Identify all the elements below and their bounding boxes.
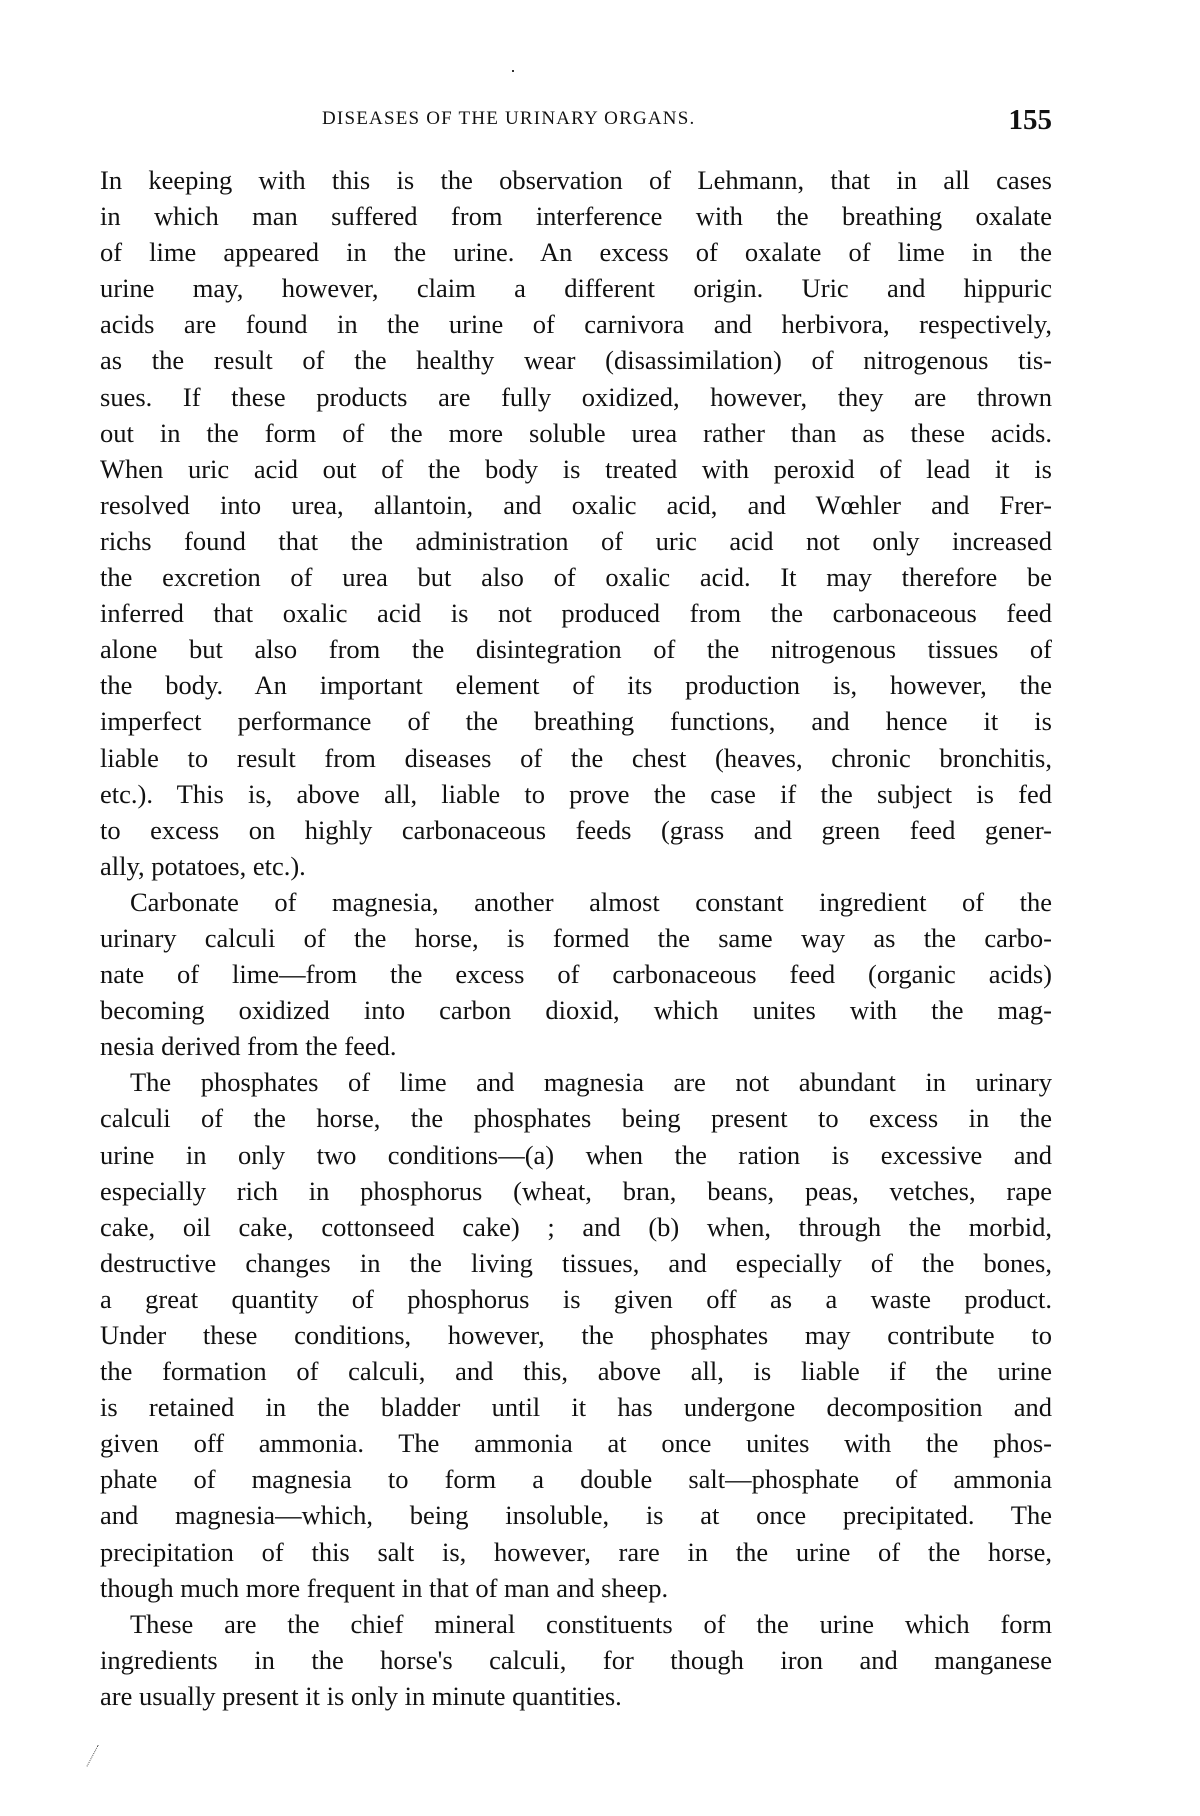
text-line: phate of magnesia to form a double salt—… bbox=[100, 1461, 1052, 1497]
text-line: the body. An important element of its pr… bbox=[100, 667, 1052, 703]
text-line: precipitation of this salt is, however, … bbox=[100, 1534, 1052, 1570]
text-line: alone but also from the disintegration o… bbox=[100, 631, 1052, 667]
text-line: though much more frequent in that of man… bbox=[100, 1570, 1052, 1606]
text-line: ingredients in the horse's calculi, for … bbox=[100, 1642, 1052, 1678]
text-line: as the result of the healthy wear (disas… bbox=[100, 342, 1052, 378]
stray-pencil-mark bbox=[86, 1745, 99, 1767]
text-line: and magnesia—which, being insoluble, is … bbox=[100, 1497, 1052, 1533]
body-text: In keeping with this is the observation … bbox=[100, 162, 1052, 1714]
text-line: a great quantity of phosphorus is given … bbox=[100, 1281, 1052, 1317]
text-line: calculi of the horse, the phosphates bei… bbox=[100, 1100, 1052, 1136]
paragraph: The phosphates of lime and magnesia are … bbox=[100, 1064, 1052, 1605]
text-line: urine may, however, claim a different or… bbox=[100, 270, 1052, 306]
running-title: Diseases of the Urinary Organs. bbox=[322, 108, 695, 130]
text-line: liable to result from diseases of the ch… bbox=[100, 740, 1052, 776]
text-line: Carbonate of magnesia, another almost co… bbox=[100, 884, 1052, 920]
text-line: given off ammonia. The ammonia at once u… bbox=[100, 1425, 1052, 1461]
paragraph: In keeping with this is the observation … bbox=[100, 162, 1052, 884]
text-line: In keeping with this is the observation … bbox=[100, 162, 1052, 198]
text-line: When uric acid out of the body is treate… bbox=[100, 451, 1052, 487]
text-line: the formation of calculi, and this, abov… bbox=[100, 1353, 1052, 1389]
text-line: imperfect performance of the breathing f… bbox=[100, 703, 1052, 739]
text-line: acids are found in the urine of carnivor… bbox=[100, 306, 1052, 342]
text-line: to excess on highly carbonaceous feeds (… bbox=[100, 812, 1052, 848]
text-line: nate of lime—from the excess of carbonac… bbox=[100, 956, 1052, 992]
text-line: urinary calculi of the horse, is formed … bbox=[100, 920, 1052, 956]
text-line: etc.). This is, above all, liable to pro… bbox=[100, 776, 1052, 812]
text-line: cake, oil cake, cottonseed cake) ; and (… bbox=[100, 1209, 1052, 1245]
text-line: sues. If these products are fully oxidiz… bbox=[100, 379, 1052, 415]
text-line: inferred that oxalic acid is not produce… bbox=[100, 595, 1052, 631]
page-number: 155 bbox=[1009, 104, 1053, 137]
text-line: Under these conditions, however, the pho… bbox=[100, 1317, 1052, 1353]
text-line: urine in only two conditions—(a) when th… bbox=[100, 1137, 1052, 1173]
text-line: out in the form of the more soluble urea… bbox=[100, 415, 1052, 451]
text-line: of lime appeared in the urine. An excess… bbox=[100, 234, 1052, 270]
running-head: Diseases of the Urinary Organs. 155 bbox=[100, 104, 1052, 136]
text-line: richs found that the administration of u… bbox=[100, 523, 1052, 559]
text-line: ally, potatoes, etc.). bbox=[100, 848, 1052, 884]
text-line: The phosphates of lime and magnesia are … bbox=[100, 1064, 1052, 1100]
scan-speck bbox=[512, 70, 514, 72]
text-line: destructive changes in the living tissue… bbox=[100, 1245, 1052, 1281]
text-line: resolved into urea, allantoin, and oxali… bbox=[100, 487, 1052, 523]
text-line: These are the chief mineral constituents… bbox=[100, 1606, 1052, 1642]
text-line: becoming oxidized into carbon dioxid, wh… bbox=[100, 992, 1052, 1028]
text-line: are usually present it is only in minute… bbox=[100, 1678, 1052, 1714]
paragraph: Carbonate of magnesia, another almost co… bbox=[100, 884, 1052, 1064]
paragraph: These are the chief mineral constituents… bbox=[100, 1606, 1052, 1714]
text-line: especially rich in phosphorus (wheat, br… bbox=[100, 1173, 1052, 1209]
text-line: is retained in the bladder until it has … bbox=[100, 1389, 1052, 1425]
text-line: the excretion of urea but also of oxalic… bbox=[100, 559, 1052, 595]
text-line: nesia derived from the feed. bbox=[100, 1028, 1052, 1064]
text-line: in which man suffered from interference … bbox=[100, 198, 1052, 234]
